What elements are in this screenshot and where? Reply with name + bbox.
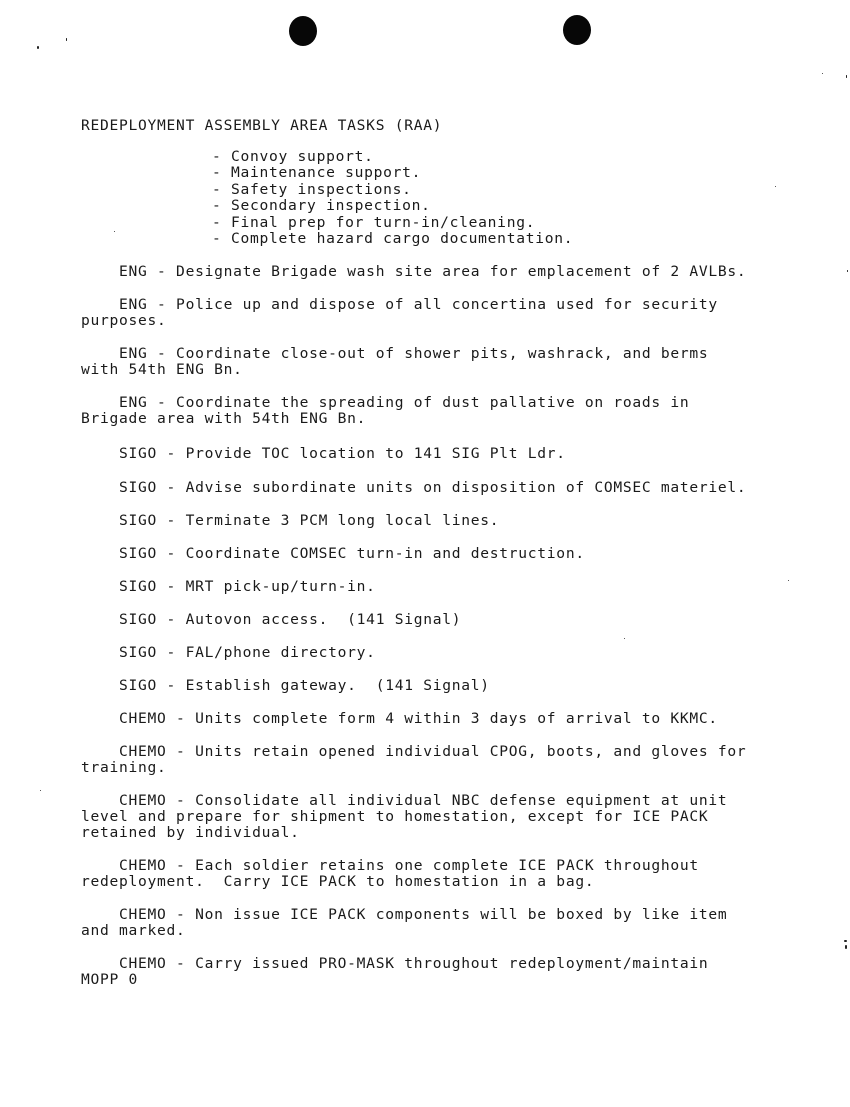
paragraph-line: redeployment. Carry ICE PACK to homestat… xyxy=(81,874,594,890)
list-item: - Complete hazard cargo documentation. xyxy=(212,231,573,247)
paragraph-line: purposes. xyxy=(81,313,167,329)
paragraph-sigo-autovon: SIGO - Autovon access. (141 Signal) xyxy=(81,612,461,628)
paragraph-line: retained by individual. xyxy=(81,825,300,841)
paragraph-line: CHEMO - Consolidate all individual NBC d… xyxy=(81,793,727,809)
paragraph-sigo-pcm-lines: SIGO - Terminate 3 PCM long local lines. xyxy=(81,513,499,529)
scan-speck xyxy=(845,945,847,949)
paragraph-sigo-comsec-disposition: SIGO - Advise subordinate units on dispo… xyxy=(81,480,746,496)
scan-speck xyxy=(788,580,789,581)
paragraph-sigo-mrt: SIGO - MRT pick-up/turn-in. xyxy=(81,579,376,595)
scan-speck xyxy=(844,940,847,942)
paragraph-line: ENG - Coordinate the spreading of dust p… xyxy=(81,395,689,411)
paragraph-line: ENG - Coordinate close-out of shower pit… xyxy=(81,346,708,362)
paragraph-line: and marked. xyxy=(81,923,186,939)
scan-speck xyxy=(822,73,823,74)
scan-speck xyxy=(37,46,39,49)
scan-speck xyxy=(66,38,67,41)
scan-speck xyxy=(846,75,847,78)
list-item: - Convoy support. xyxy=(212,149,374,165)
paragraph-line: training. xyxy=(81,760,167,776)
paragraph-line: with 54th ENG Bn. xyxy=(81,362,243,378)
paragraph-line: ENG - Designate Brigade wash site area f… xyxy=(81,264,746,280)
paragraph-sigo-toc: SIGO - Provide TOC location to 141 SIG P… xyxy=(81,446,566,462)
paragraph-line: level and prepare for shipment to homest… xyxy=(81,809,708,825)
paragraph-sigo-gateway: SIGO - Establish gateway. (141 Signal) xyxy=(81,678,490,694)
list-item: - Maintenance support. xyxy=(212,165,421,181)
punch-hole-left xyxy=(289,16,317,46)
paragraph-sigo-phone-directory: SIGO - FAL/phone directory. xyxy=(81,645,376,661)
list-item: - Final prep for turn-in/cleaning. xyxy=(212,215,535,231)
paragraph-line: CHEMO - Units retain opened individual C… xyxy=(81,744,746,760)
paragraph-line: ENG - Police up and dispose of all conce… xyxy=(81,297,718,313)
scan-speck xyxy=(114,231,115,232)
scan-speck xyxy=(847,270,848,272)
paragraph-sigo-comsec-turn-in: SIGO - Coordinate COMSEC turn-in and des… xyxy=(81,546,585,562)
paragraph-line: Brigade area with 54th ENG Bn. xyxy=(81,411,366,427)
paragraph-line: CHEMO - Each soldier retains one complet… xyxy=(81,858,699,874)
scan-speck xyxy=(624,638,625,639)
paragraph-line: CHEMO - Carry issued PRO-MASK throughout… xyxy=(81,956,708,972)
punch-hole-right xyxy=(563,15,591,45)
scan-speck xyxy=(40,790,41,791)
list-item: - Safety inspections. xyxy=(212,182,412,198)
document-title: REDEPLOYMENT ASSEMBLY AREA TASKS (RAA) xyxy=(81,118,442,134)
paragraph-chemo-form-4: CHEMO - Units complete form 4 within 3 d… xyxy=(81,711,718,727)
scan-speck xyxy=(775,186,776,187)
document-page: REDEPLOYMENT ASSEMBLY AREA TASKS (RAA) -… xyxy=(0,0,850,1107)
paragraph-line: MOPP 0 xyxy=(81,972,138,988)
paragraph-line: CHEMO - Non issue ICE PACK components wi… xyxy=(81,907,727,923)
list-item: - Secondary inspection. xyxy=(212,198,431,214)
